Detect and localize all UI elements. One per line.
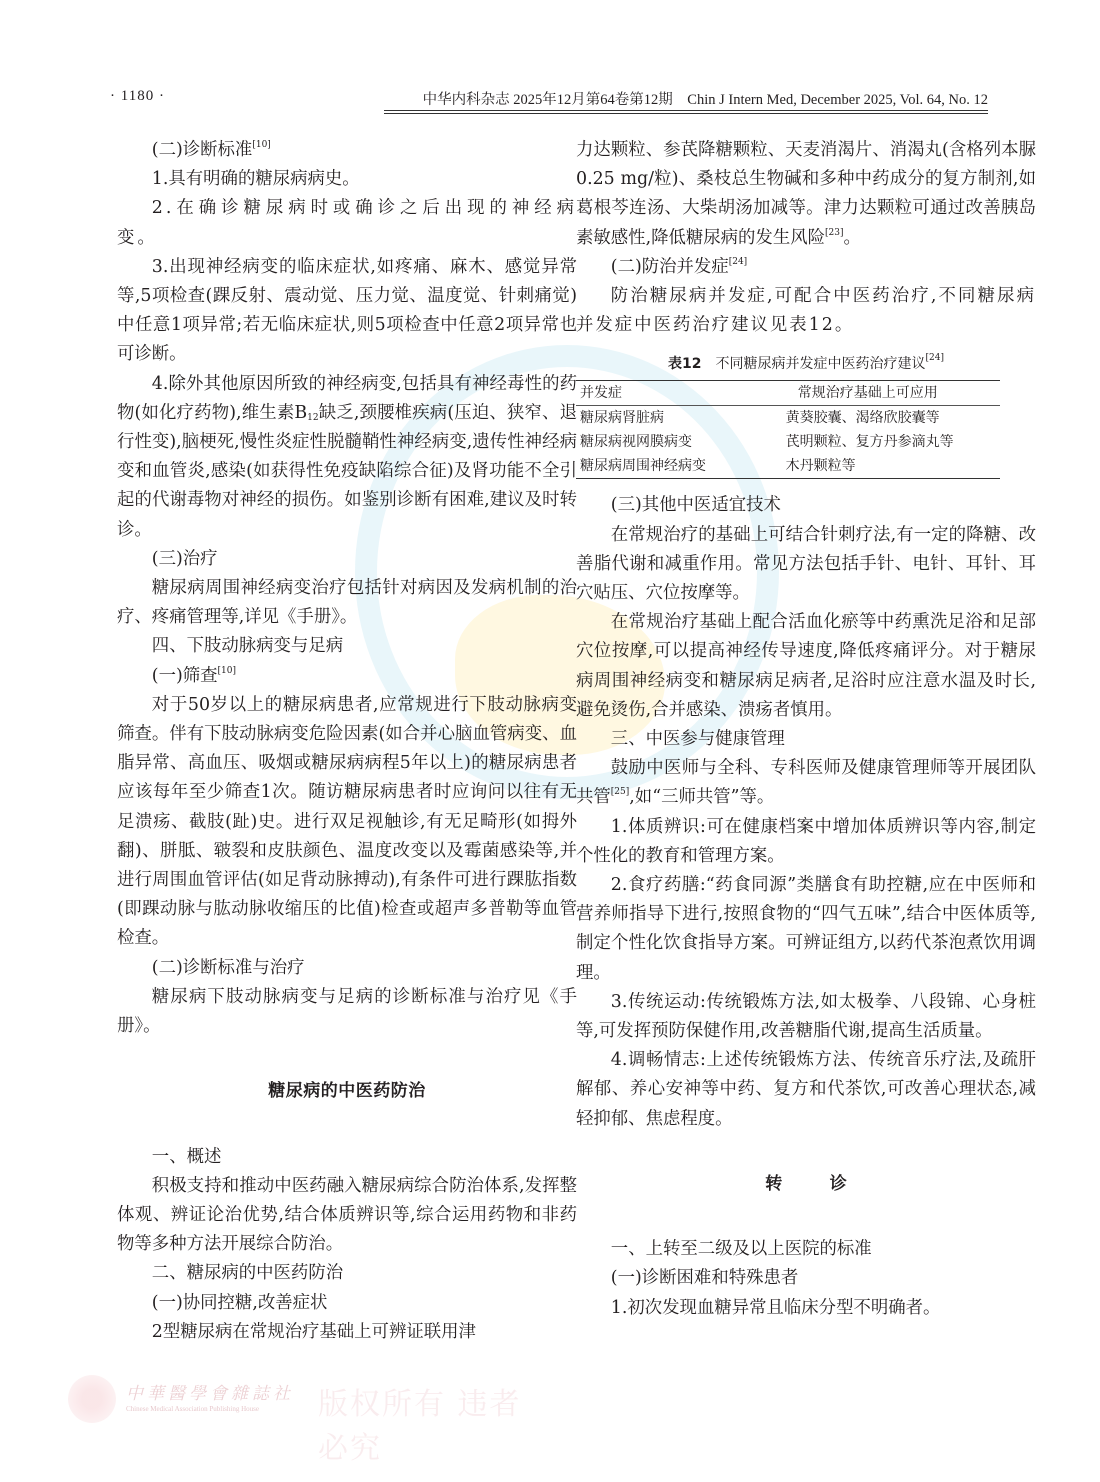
page-header: · 1180 · 中华内科杂志 2025年12月第64卷第12期 Chin J … — [0, 88, 1100, 112]
paragraph: 4.调畅情志:上述传统锻炼方法、传统音乐疗法,及疏肝解郁、养心安神等中药、复方和… — [576, 1046, 1036, 1134]
subheading: (二)诊断标准[10] — [117, 136, 577, 165]
table-cell: 糖尿病周围神经病变 — [576, 454, 736, 479]
citation: [10] — [252, 140, 270, 150]
subheading: (一)筛查[10] — [117, 662, 577, 691]
table-row: 糖尿病视网膜病变 芪明颗粒、复方丹参滴丸等 — [576, 430, 1000, 454]
citation: [25] — [611, 787, 629, 797]
subheading: (二)诊断标准与治疗 — [117, 954, 577, 983]
publisher-name-cn: 中華醫學會雜誌社 — [126, 1379, 294, 1404]
header-rule — [384, 110, 988, 114]
table-row: 糖尿病周围神经病变 木丹颗粒等 — [576, 454, 1000, 479]
table-row: 糖尿病肾脏病 黄葵胶囊、渴络欣胶囊等 — [576, 406, 1000, 431]
paragraph: 3.传统运动:传统锻炼方法,如太极拳、八段锦、心身桩等,可发挥预防保健作用,改善… — [576, 988, 1036, 1046]
table-caption: 表12不同糖尿病并发症中医药治疗建议[24] — [576, 354, 1036, 374]
paragraph: 1.初次发现血糖异常且临床分型不明确者。 — [576, 1294, 1036, 1323]
running-head: 中华内科杂志 2025年12月第64卷第12期 Chin J Intern Me… — [423, 88, 988, 109]
table-caption-text: 不同糖尿病并发症中医药治疗建议 — [716, 356, 926, 372]
paragraph: 糖尿病下肢动脉病变与足病的诊断标准与治疗见《手册》。 — [117, 983, 577, 1041]
subheading-text: (一)筛查 — [152, 666, 218, 686]
paragraph: 2.在确诊糖尿病时或确诊之后出现的神经病变。 — [117, 194, 577, 252]
paragraph-text: 力达颗粒、参芪降糖颗粒、天麦消渴片、消渴丸(含格列本脲0.25 mg/粒)、桑枝… — [576, 140, 1036, 248]
paragraph: 3.出现神经病变的临床症状,如疼痛、麻木、感觉异常等,5项检查(踝反射、震动觉、… — [117, 253, 577, 370]
paragraph: 2型糖尿病在常规治疗基础上可辨证联用津 — [117, 1318, 577, 1347]
section-title: 转诊 — [576, 1170, 1036, 1199]
subheading-text: (二)诊断标准 — [152, 140, 253, 160]
subheading: (二)防治并发症[24] — [576, 253, 1036, 282]
table-header-treatment: 常规治疗基础上可应用 — [736, 381, 1000, 406]
subheading: (一)诊断困难和特殊患者 — [576, 1264, 1036, 1293]
subheading: (三)其他中医适宜技术 — [576, 491, 1036, 520]
subheading: 二、糖尿病的中医药防治 — [117, 1259, 577, 1288]
paragraph-text: ,如“三师共管”等。 — [629, 787, 774, 807]
paragraph: 糖尿病周围神经病变治疗包括针对病因及发病机制的治疗、疼痛管理等,详见《手册》。 — [117, 574, 577, 632]
subheading-text: (二)防治并发症 — [611, 257, 729, 277]
subheading: 三、中医参与健康管理 — [576, 725, 1036, 754]
paragraph: 1.具有明确的糖尿病病史。 — [117, 165, 577, 194]
paragraph: 对于50岁以上的糖尿病患者,应常规进行下肢动脉病变筛查。伴有下肢动脉病变危险因素… — [117, 691, 577, 954]
table-cell: 糖尿病视网膜病变 — [576, 430, 736, 454]
table-cell: 黄葵胶囊、渴络欣胶囊等 — [736, 406, 1000, 431]
subheading: 四、下肢动脉病变与足病 — [117, 632, 577, 661]
paragraph: 力达颗粒、参芪降糖颗粒、天麦消渴片、消渴丸(含格列本脲0.25 mg/粒)、桑枝… — [576, 136, 1036, 253]
citation: [24] — [729, 257, 747, 267]
page-number: · 1180 · — [110, 88, 165, 105]
subscript: 12 — [307, 413, 318, 423]
right-column: 力达颗粒、参芪降糖颗粒、天麦消渴片、消渴丸(含格列本脲0.25 mg/粒)、桑枝… — [576, 136, 1036, 1323]
table-header-complication: 并发症 — [576, 381, 736, 406]
paragraph: 1.体质辨识:可在健康档案中增加体质辨识等内容,制定个性化的教育和管理方案。 — [576, 813, 1036, 871]
subheading: (三)治疗 — [117, 545, 577, 574]
citation: [10] — [218, 666, 236, 676]
paragraph: 2.食疗药膳:“药食同源”类膳食有助控糖,应在中医师和营养师指导下进行,按照食物… — [576, 871, 1036, 988]
table-label: 表12 — [668, 356, 701, 372]
publisher-watermark: 中華醫學會雜誌社 Chinese Medical Association Pub… — [68, 1375, 528, 1425]
subheading: (一)协同控糖,改善症状 — [117, 1289, 577, 1318]
paragraph-text: 。 — [843, 228, 860, 248]
paragraph: 积极支持和推动中医药融入糖尿病综合防治体系,发挥整体观、辨证论治优势,结合体质辨… — [117, 1172, 577, 1260]
paragraph-text: 缺乏,颈腰椎疾病(压迫、狭窄、退行性变),脑梗死,慢性炎症性脱髓鞘性神经病变,遗… — [117, 403, 577, 540]
table-12: 并发症 常规治疗基础上可应用 糖尿病肾脏病 黄葵胶囊、渴络欣胶囊等 糖尿病视网膜… — [576, 380, 1000, 479]
paragraph: 防治糖尿病并发症,可配合中医药治疗,不同糖尿病并发症中医药治疗建议见表12。 — [576, 282, 1036, 340]
paragraph: 在常规治疗的基础上可结合针刺疗法,有一定的降糖、改善脂代谢和减重作用。常见方法包… — [576, 521, 1036, 609]
table-cell: 木丹颗粒等 — [736, 454, 1000, 479]
subheading: 一、概述 — [117, 1143, 577, 1172]
subheading: 一、上转至二级及以上医院的标准 — [576, 1235, 1036, 1264]
table-header-row: 并发症 常规治疗基础上可应用 — [576, 381, 1000, 406]
paragraph: 鼓励中医师与全科、专科医师及健康管理师等开展团队共管[25],如“三师共管”等。 — [576, 754, 1036, 812]
citation: [24] — [926, 353, 944, 363]
section-title: 糖尿病的中医药防治 — [117, 1077, 577, 1106]
left-column: (二)诊断标准[10] 1.具有明确的糖尿病病史。 2.在确诊糖尿病时或确诊之后… — [117, 136, 577, 1347]
citation: [23] — [825, 228, 843, 238]
table-cell: 芪明颗粒、复方丹参滴丸等 — [736, 430, 1000, 454]
paragraph: 4.除外其他原因所致的神经病变,包括具有神经毒性的药物(如化疗药物),维生素B1… — [117, 370, 577, 545]
publisher-name-en: Chinese Medical Association Publishing H… — [126, 1405, 259, 1413]
table-cell: 糖尿病肾脏病 — [576, 406, 736, 431]
copyright-notice: 版权所有 违者必究 — [318, 1379, 528, 1467]
publisher-logo-icon — [68, 1375, 116, 1423]
paragraph: 在常规治疗基础上配合活血化瘀等中药熏洗足浴和足部穴位按摩,可以提高神经传导速度,… — [576, 608, 1036, 725]
